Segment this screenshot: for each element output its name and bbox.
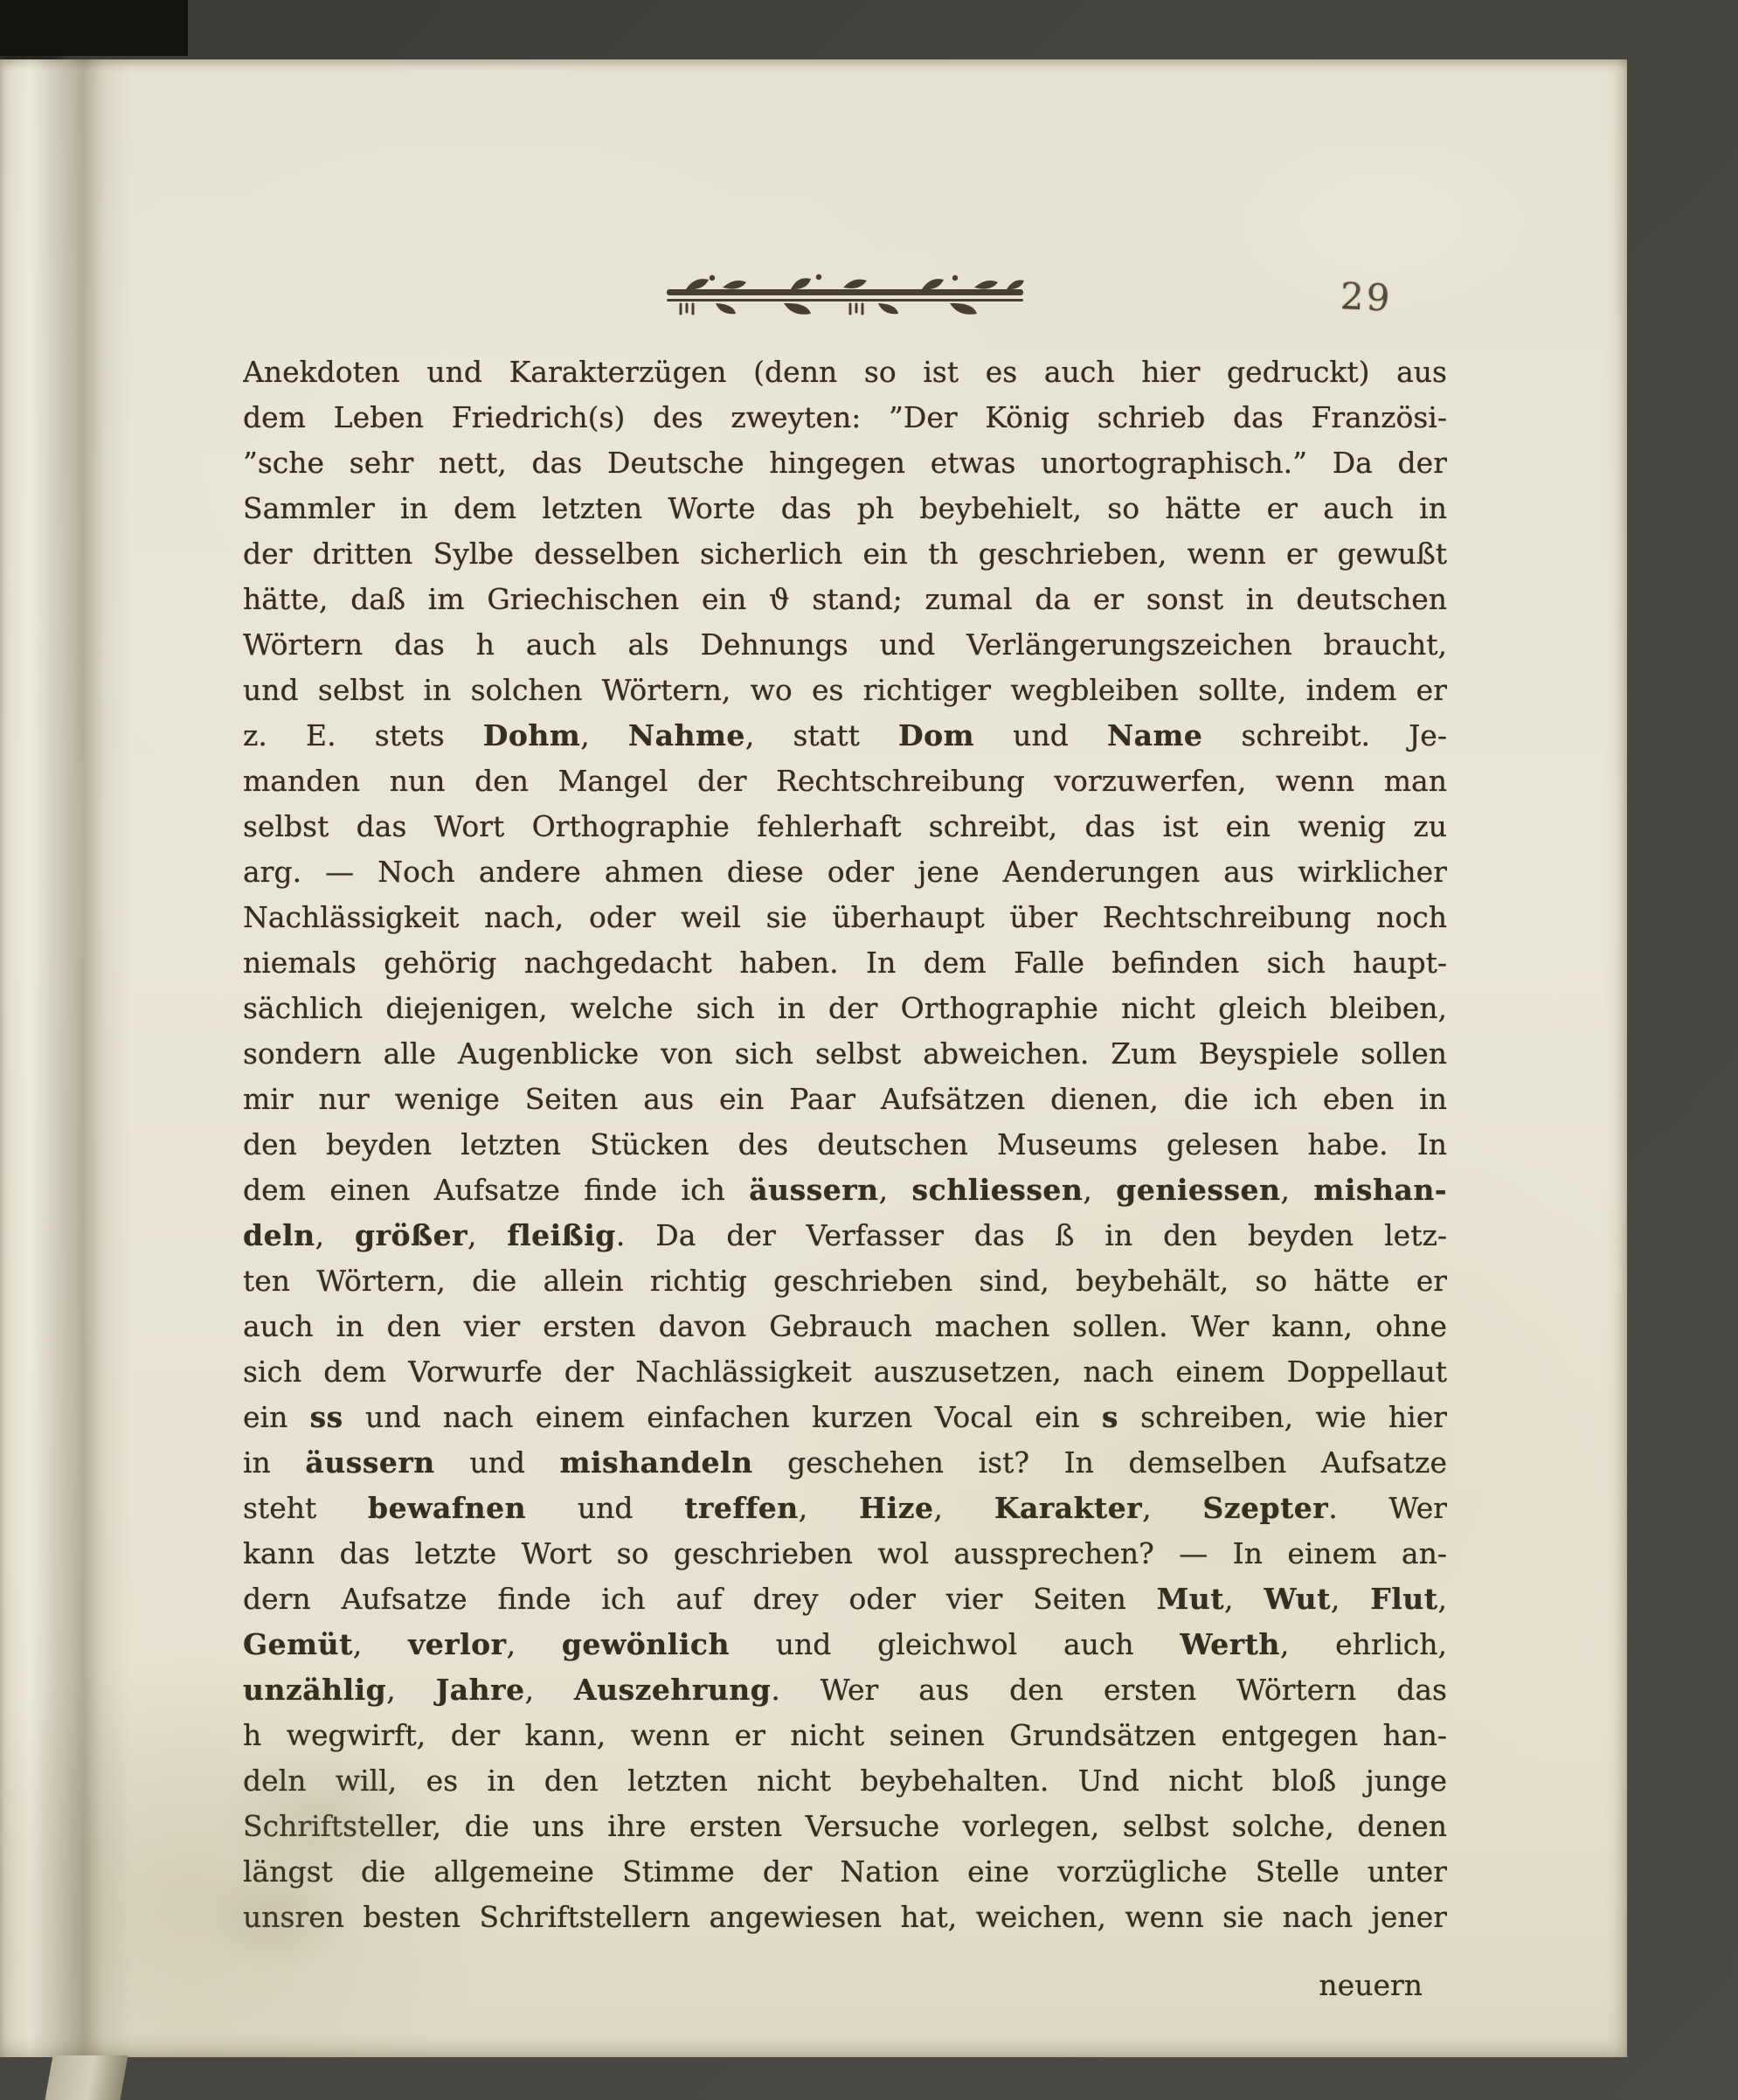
text-line: sächlich diejenigen, welche sich in der …	[243, 986, 1447, 1031]
book-page: 29 Anekdoten und Karakterzügen (denn so …	[0, 59, 1627, 2057]
floral-rule-ornament-icon	[661, 271, 1028, 318]
text-line: unsren besten Schriftstellern angewiesen…	[243, 1895, 1447, 1940]
text-line: dem einen Aufsatze finde ich äussern, sc…	[243, 1168, 1447, 1213]
text-line: und selbst in solchen Wörtern, wo es ric…	[243, 668, 1447, 713]
text-line: hätte, daß im Griechischen ein ϑ stand; …	[243, 577, 1447, 622]
text-line: niemals gehörig nachgedacht haben. In de…	[243, 940, 1447, 986]
background-shadow-corner	[0, 0, 188, 56]
text-line: sondern alle Augenblicke von sich selbst…	[243, 1031, 1447, 1077]
scanned-book-photo: 29 Anekdoten und Karakterzügen (denn so …	[0, 0, 1738, 2100]
text-line: kann das letzte Wort so geschrieben wol …	[243, 1531, 1447, 1577]
text-line: ”sche sehr nett, das Deutsche hingegen e…	[243, 440, 1447, 486]
text-line: arg. — Noch andere ahmen diese oder jene…	[243, 849, 1447, 895]
text-line: Schriftsteller, die uns ihre ersten Vers…	[243, 1804, 1447, 1849]
text-line: z. E. stets Dohm, Nahme, statt Dom und N…	[243, 713, 1447, 759]
text-line: mir nur wenige Seiten aus ein Paar Aufsä…	[243, 1077, 1447, 1122]
text-line: Anekdoten und Karakterzügen (denn so ist…	[243, 350, 1447, 395]
text-line: den beyden letzten Stücken des deutschen…	[243, 1122, 1447, 1168]
text-line: sich dem Vorwurfe der Nachlässigkeit aus…	[243, 1349, 1447, 1395]
text-line: deln will, es in den letzten nicht beybe…	[243, 1758, 1447, 1804]
text-line: unzählig, Jahre, Auszehrung. Wer aus den…	[243, 1667, 1447, 1713]
text-line: selbst das Wort Orthographie fehlerhaft …	[243, 804, 1447, 849]
text-line: steht bewafnen und treffen, Hize, Karakt…	[243, 1486, 1447, 1531]
text-line: h wegwirft, der kann, wenn er nicht sein…	[243, 1713, 1447, 1758]
text-block: Anekdoten und Karakterzügen (denn so ist…	[243, 350, 1447, 1949]
text-line: Gemüt, verlor, gewönlich und gleichwol a…	[243, 1622, 1447, 1667]
text-line: dem Leben Friedrich(s) des zweyten: ”Der…	[243, 395, 1447, 440]
text-line: in äussern und mishandeln geschehen ist?…	[243, 1440, 1447, 1486]
catchword: neuern	[243, 1968, 1447, 2002]
text-line: Nachlässigkeit nach, oder weil sie überh…	[243, 895, 1447, 940]
text-line: der dritten Sylbe desselben sicherlich e…	[243, 531, 1447, 577]
text-line: dern Aufsatze finde ich auf drey oder vi…	[243, 1577, 1447, 1622]
underlying-page-edge	[45, 2055, 128, 2100]
text-line: manden nun den Mangel der Rechtschreibun…	[243, 759, 1447, 804]
text-line: Wörtern das h auch als Dehnungs und Verl…	[243, 622, 1447, 668]
text-line: ein ss und nach einem einfachen kurzen V…	[243, 1395, 1447, 1440]
page-number: 29	[1340, 274, 1420, 321]
text-line: Sammler in dem letzten Worte das ph beyb…	[243, 486, 1447, 531]
text-line: längst die allgemeine Stimme der Nation …	[243, 1849, 1447, 1895]
text-line: deln, größer, fleißig. Da der Verfasser …	[243, 1213, 1447, 1258]
text-line: ten Wörtern, die allein richtig geschrie…	[243, 1258, 1447, 1304]
text-line: auch in den vier ersten davon Gebrauch m…	[243, 1304, 1447, 1349]
